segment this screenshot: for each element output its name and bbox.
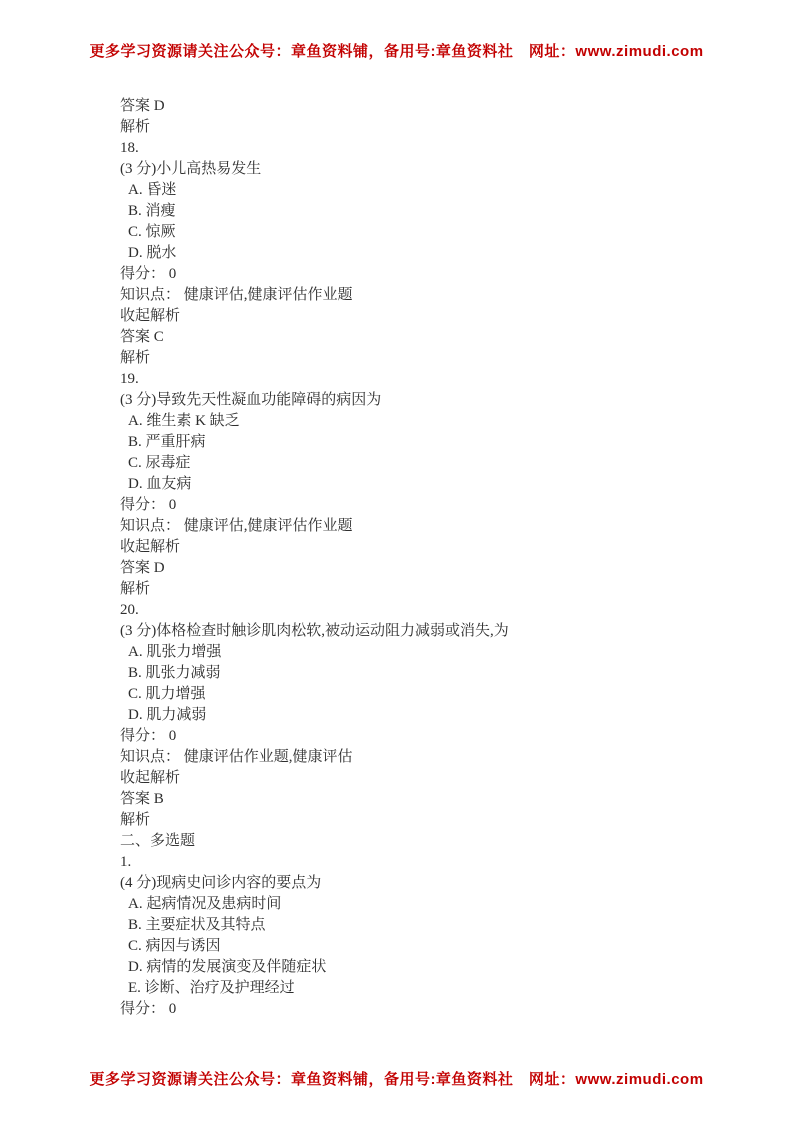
question-number: 1. xyxy=(120,852,720,873)
knowledge-point-line: 知识点： 健康评估,健康评估作业题 xyxy=(120,285,720,306)
document-body: 答案 D 解析 18. (3 分)小儿高热易发生 A. 昏迷 B. 消瘦 C. … xyxy=(120,96,720,1020)
option: B. 严重肝病 xyxy=(120,432,720,453)
footer-banner-text: 更多学习资源请关注公众号：章鱼资料铺，备用号:章鱼资料社 网址：www.zimu… xyxy=(89,1071,703,1088)
option: B. 主要症状及其特点 xyxy=(120,915,720,936)
footer-banner: 更多学习资源请关注公众号：章鱼资料铺，备用号:章鱼资料社 网址：www.zimu… xyxy=(0,1068,793,1089)
knowledge-point-line: 知识点： 健康评估,健康评估作业题 xyxy=(120,516,720,537)
analysis-label: 解析 xyxy=(120,117,720,138)
option: A. 起病情况及患病时间 xyxy=(120,894,720,915)
score-line: 得分： 0 xyxy=(120,495,720,516)
question-stem: (3 分)导致先天性凝血功能障碍的病因为 xyxy=(120,390,720,411)
document-page: 更多学习资源请关注公众号：章鱼资料铺，备用号:章鱼资料社 网址：www.zimu… xyxy=(0,0,793,1122)
question-stem: (3 分)体格检查时触诊肌肉松软,被动运动阻力减弱或消失,为 xyxy=(120,621,720,642)
collapse-analysis-label: 收起解析 xyxy=(120,537,720,558)
header-banner: 更多学习资源请关注公众号：章鱼资料铺，备用号:章鱼资料社 网址：www.zimu… xyxy=(0,40,793,61)
option: B. 消瘦 xyxy=(120,201,720,222)
collapse-analysis-label: 收起解析 xyxy=(120,768,720,789)
question-number: 20. xyxy=(120,600,720,621)
answer-line: 答案 D xyxy=(120,96,720,117)
option: C. 病因与诱因 xyxy=(120,936,720,957)
question-number: 19. xyxy=(120,369,720,390)
score-line: 得分： 0 xyxy=(120,264,720,285)
option: A. 维生素 K 缺乏 xyxy=(120,411,720,432)
option: B. 肌张力减弱 xyxy=(120,663,720,684)
option: A. 肌张力增强 xyxy=(120,642,720,663)
answer-line: 答案 C xyxy=(120,327,720,348)
option: C. 惊厥 xyxy=(120,222,720,243)
question-number: 18. xyxy=(120,138,720,159)
option: D. 脱水 xyxy=(120,243,720,264)
score-line: 得分： 0 xyxy=(120,726,720,747)
question-stem: (4 分)现病史问诊内容的要点为 xyxy=(120,873,720,894)
question-stem: (3 分)小儿高热易发生 xyxy=(120,159,720,180)
option: C. 尿毒症 xyxy=(120,453,720,474)
analysis-label: 解析 xyxy=(120,579,720,600)
section-title: 二、多选题 xyxy=(120,831,720,852)
header-banner-text: 更多学习资源请关注公众号：章鱼资料铺，备用号:章鱼资料社 网址：www.zimu… xyxy=(89,43,703,60)
analysis-label: 解析 xyxy=(120,348,720,369)
option: C. 肌力增强 xyxy=(120,684,720,705)
analysis-label: 解析 xyxy=(120,810,720,831)
option: D. 肌力减弱 xyxy=(120,705,720,726)
answer-line: 答案 B xyxy=(120,789,720,810)
collapse-analysis-label: 收起解析 xyxy=(120,306,720,327)
option: D. 血友病 xyxy=(120,474,720,495)
option: E. 诊断、治疗及护理经过 xyxy=(120,978,720,999)
knowledge-point-line: 知识点： 健康评估作业题,健康评估 xyxy=(120,747,720,768)
option: A. 昏迷 xyxy=(120,180,720,201)
answer-line: 答案 D xyxy=(120,558,720,579)
score-line: 得分： 0 xyxy=(120,999,720,1020)
option: D. 病情的发展演变及伴随症状 xyxy=(120,957,720,978)
